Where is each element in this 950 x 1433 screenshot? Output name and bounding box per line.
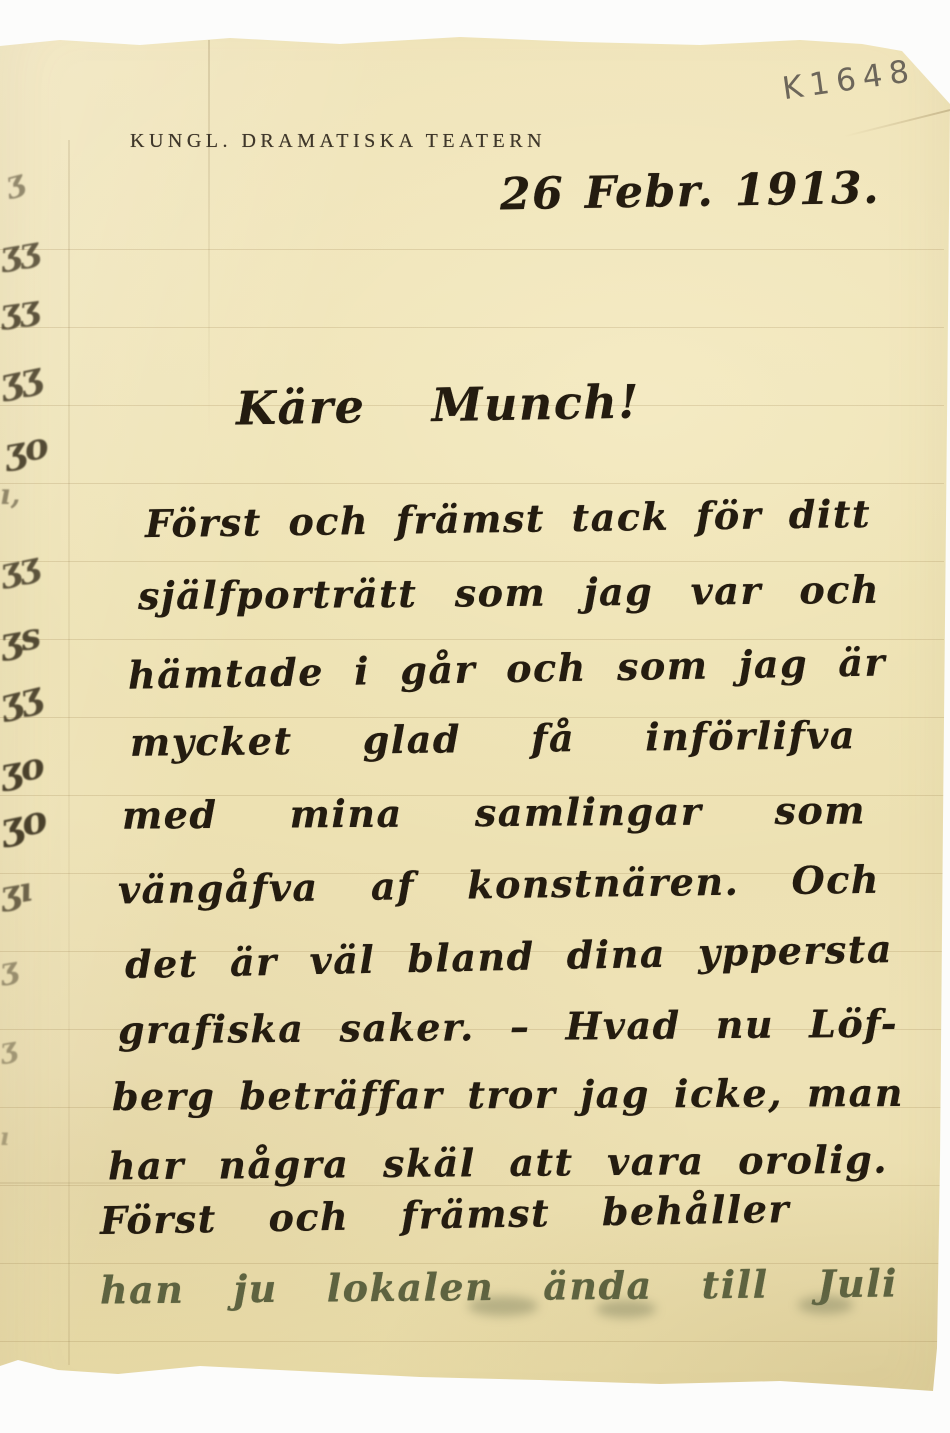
salutation: Käre Munch! [236, 374, 641, 435]
letter-paper: K1648 KUNGL. DRAMATISKA TEATERN 26 Febr.… [0, 0, 950, 1433]
body-line: Först och främst behåller [100, 1186, 791, 1243]
archive-number-annotation: K1648 [780, 53, 918, 107]
body-line: det är väl bland dina yppersta [125, 926, 894, 987]
ink-bleed-fragment: ʒo [1, 424, 52, 473]
date-line: 26 Febr. 1913. [500, 163, 881, 221]
ink-bleed-fragment: ʒı [0, 870, 35, 915]
body-line: mycket glad få införlifva [130, 712, 856, 765]
ink-bleed-fragment: ʒʒ [0, 544, 42, 591]
ink-bleed-fragment: ʒʒ [0, 674, 45, 725]
body-line: hämtade i går och som jag är [128, 639, 887, 697]
ink-bleed-fragment: ʒʒ [0, 288, 41, 333]
body-line: vängåfva af konstnären. Och [118, 857, 881, 913]
body-line: berg beträffar tror jag icke, man [112, 1070, 904, 1119]
ink-bleed-fragment: ʒ [2, 163, 28, 201]
ink-bleed-fragment: ʒ [0, 1031, 19, 1066]
fold-crease [68, 140, 70, 1365]
body-line: grafiska saker. – Hvad nu Löf- [118, 1001, 898, 1053]
ink-bleed-fragment: ʒs [0, 615, 44, 663]
ink-bleed-fragment: ı, [0, 478, 20, 511]
ink-bleed-fragment: ʒʒ [0, 229, 42, 275]
body-line: själfporträtt som jag var och [138, 567, 880, 618]
ink-bleed-fragment: ʒo [0, 744, 48, 793]
fold-crease [208, 40, 210, 440]
body-line: med mina samlingar som [122, 787, 866, 837]
body-line-faded: han ju lokalen ända till Juli [100, 1261, 898, 1313]
ink-bleed-fragment: ʒ [0, 951, 20, 988]
body-line: har några skäl att vara orolig. [108, 1137, 888, 1189]
corner-crease [843, 108, 950, 137]
ink-bleed-fragment: ı [0, 1122, 9, 1151]
ink-bleed-fragment: ʒo [0, 796, 51, 850]
letterhead: KUNGL. DRAMATISKA TEATERN [130, 130, 546, 153]
ink-bleed-fragment: ʒʒ [0, 354, 45, 404]
body-line: Först och främst tack för ditt [145, 491, 872, 546]
scan-background: K1648 KUNGL. DRAMATISKA TEATERN 26 Febr.… [0, 0, 950, 1433]
